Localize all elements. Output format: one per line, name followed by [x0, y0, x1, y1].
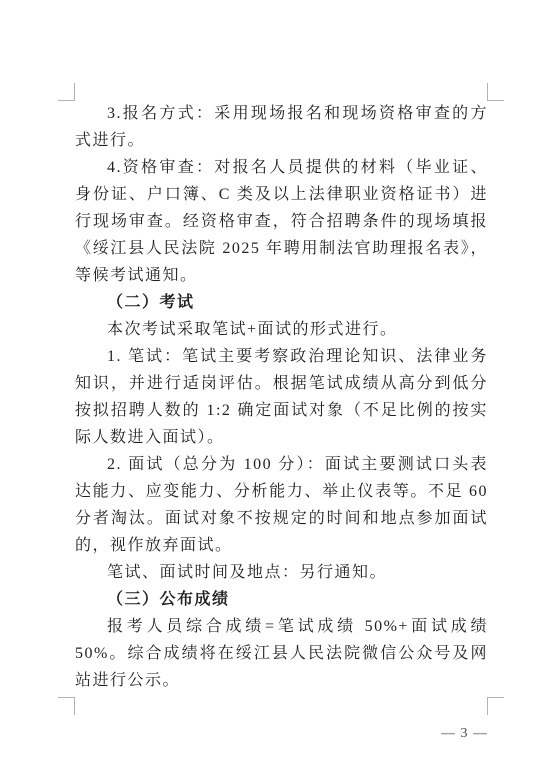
page-number: — 3 — [441, 726, 488, 742]
paragraph-interview: 2. 面试（总分为 100 分）：面试主要测试口头表达能力、应变能力、分析能力、… [75, 451, 488, 559]
crop-mark-top-right [487, 83, 504, 101]
paragraph-registration-method: 3.报名方式：采用现场报名和现场资格审查的方式进行。 [75, 100, 488, 154]
document-body: 3.报名方式：采用现场报名和现场资格审查的方式进行。 4.资格审查：对报名人员提… [75, 100, 488, 694]
paragraph-exam-time-notice: 笔试、面试时间及地点：另行通知。 [75, 559, 488, 586]
paragraph-written-test: 1. 笔试：笔试主要考察政治理论知识、法律业务知识，并进行适岗评估。根据笔试成绩… [75, 343, 488, 451]
section-heading-exam: （二）考试 [75, 289, 488, 316]
paragraph-qualification-review: 4.资格审查：对报名人员提供的材料（毕业证、身份证、户口簿、C 类及以上法律职业… [75, 154, 488, 289]
document-page: 3.报名方式：采用现场报名和现场资格审查的方式进行。 4.资格审查：对报名人员提… [0, 0, 556, 784]
crop-mark-bottom-left [58, 697, 75, 715]
crop-mark-bottom-right [487, 697, 504, 715]
paragraph-score-formula: 报考人员综合成绩=笔试成绩 50%+面试成绩 50%。综合成绩将在绥江县人民法院… [75, 613, 488, 694]
paragraph-exam-format: 本次考试采取笔试+面试的形式进行。 [75, 316, 488, 343]
section-heading-publish-results: （三）公布成绩 [75, 586, 488, 613]
crop-mark-top-left [58, 83, 75, 101]
